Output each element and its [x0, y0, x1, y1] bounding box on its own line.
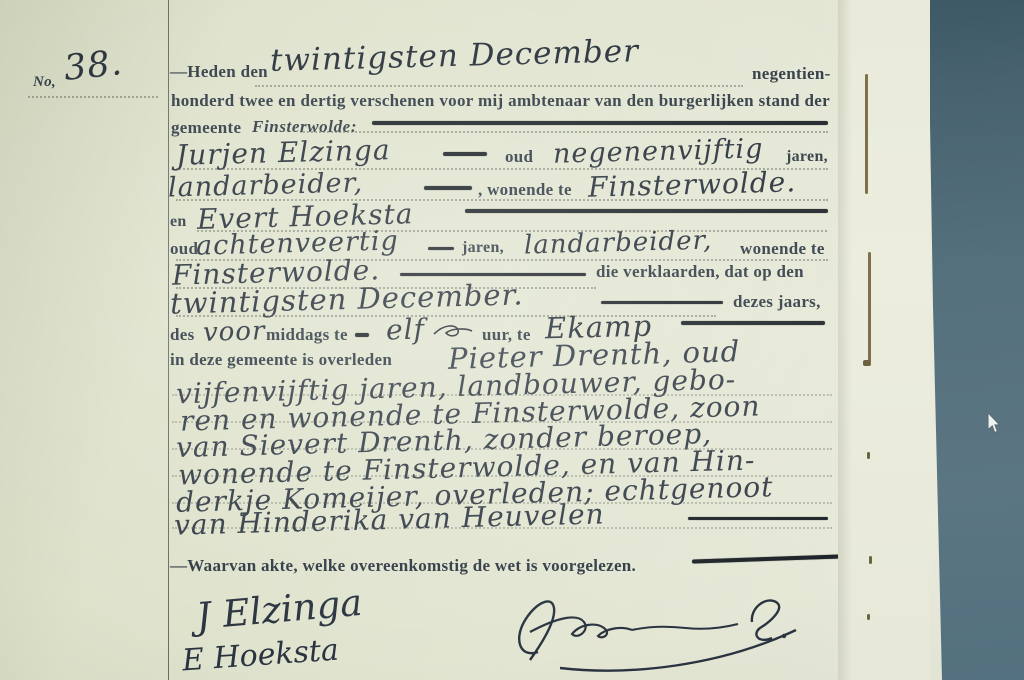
filled-rule: [688, 517, 828, 520]
declarant1-residence-handwritten: Finsterwolde.: [588, 165, 797, 203]
form-des-label: des: [170, 325, 195, 345]
binding-stitch-mark: [869, 556, 872, 564]
mouse-pointer-icon: [986, 412, 1001, 434]
filled-dash: [424, 186, 472, 190]
act-number-leader-line: [28, 96, 158, 98]
binding-knot: [863, 360, 870, 366]
blank-leader-line: [255, 85, 743, 87]
entry-date-handwritten: twintigsten December: [270, 33, 640, 79]
margin-divider-rule: [168, 0, 169, 680]
desktop-background: No, 38. —Heden den twintigsten December …: [0, 0, 1024, 680]
binding-stitch: [868, 252, 871, 366]
form-jaren-label: jaren,: [786, 148, 828, 166]
registrar-signature: [500, 588, 820, 676]
form-en-label: en: [170, 213, 187, 231]
form-dezes-jaars-printed: dezes jaars,: [733, 292, 821, 312]
filled-rule: [372, 121, 828, 125]
filled-rule: [681, 321, 825, 325]
filled-rule: [601, 301, 723, 304]
declarant1-name-handwritten: Jurjen Elzinga: [176, 133, 391, 172]
binding-stitch-mark: [867, 614, 870, 620]
binding-stitch: [865, 74, 868, 194]
form-line3-printed: gemeente: [171, 118, 241, 138]
act-number-label: No,: [33, 74, 56, 91]
filled-rule: [465, 209, 828, 213]
form-verklaarden-printed: die verklaarden, dat op den: [596, 262, 804, 282]
pen-flourish: [432, 322, 474, 340]
form-wonende-te-label2: wonende te: [740, 239, 825, 259]
filled-dash: [355, 333, 369, 337]
witness2-signature: E Hoeksta: [181, 633, 340, 679]
act-number-value: 38.: [62, 43, 125, 89]
filled-dash: [428, 247, 454, 250]
page-fore-edge: [838, 0, 930, 680]
death-hour-handwritten: elf: [386, 312, 426, 346]
declarant2-occupation-handwritten: landarbeider,: [524, 226, 713, 261]
daypart-handwritten: voor: [203, 316, 266, 348]
declarant1-age-handwritten: negenenvijftig: [553, 133, 764, 169]
filled-dash: [443, 152, 487, 156]
form-oud-label: oud: [505, 147, 533, 167]
filled-rule: [400, 273, 586, 276]
form-oud-label2: oud: [170, 239, 198, 259]
form-overleden-printed: in deze gemeente is overleden: [170, 350, 392, 370]
closing-clause-printed: —Waarvan akte, welke overeenkomstig de w…: [170, 556, 636, 576]
filled-rule: [692, 554, 842, 563]
form-middags-te-label: middags te: [266, 325, 348, 345]
form-jaren-label2: jaren,: [462, 239, 504, 257]
form-line2-printed: honderd twee en dertig verschenen voor m…: [171, 91, 830, 111]
witness1-signature: J Elzinga: [194, 581, 363, 638]
binding-stitch-mark: [867, 452, 870, 459]
form-line1-printed: —Heden den: [170, 62, 268, 82]
form-wonende-te-label: , wonende te: [478, 180, 572, 200]
form-line1-printed-end: negentien-: [752, 64, 831, 84]
